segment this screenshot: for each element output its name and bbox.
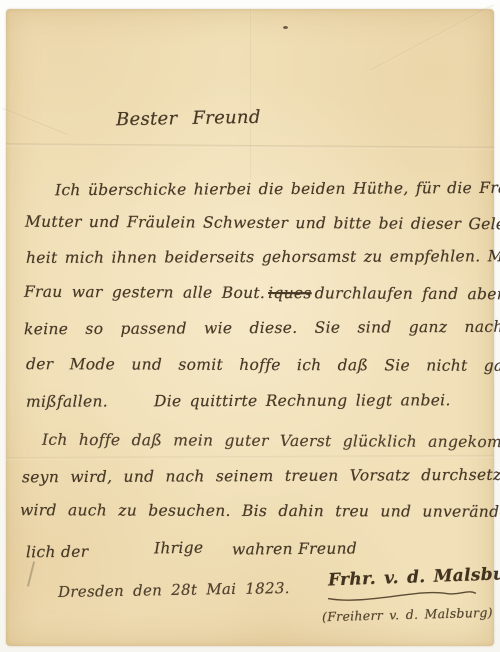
dateline: Dresden den 28t Mai 1823.: [58, 579, 290, 601]
salutation: Bester Freund: [116, 107, 261, 131]
body-line-7-right: Die quittirte Rechnung liegt anbei.: [154, 391, 451, 410]
paper-crease: [250, 9, 252, 179]
body-line-8: Ich hoffe daß mein guter Vaerst glücklic…: [42, 431, 500, 452]
closing-valediction: Ihrige: [154, 539, 204, 558]
ink-speck: [283, 26, 288, 29]
body-line-4-pre: Frau war gestern alle Bout.: [24, 283, 265, 302]
closing-right: wahren Freund: [232, 539, 357, 558]
body-line-10: wird auch zu besuchen. Bis dahin treu un…: [20, 501, 500, 521]
body-line-2: Mutter und Fräulein Schwester und bitte …: [25, 213, 500, 234]
pencil-mark: [27, 561, 35, 587]
body-line-4: Frau war gestern alle Bout.iquesdurchlau…: [24, 283, 500, 304]
paper-crease: [2, 108, 68, 136]
paper-crease: [370, 4, 495, 71]
body-line-1: Ich überschicke hierbei die beiden Hüthe…: [55, 179, 500, 199]
body-line-7-left: mißfallen.: [26, 392, 108, 410]
body-line-9: seyn wird, und nach seinem treuen Vorsat…: [22, 466, 500, 487]
letter-paper: Bester Freund Ich überschicke hierbei di…: [6, 9, 494, 646]
body-line-6: der Mode und somit hoffe ich daß Sie nic…: [26, 355, 500, 375]
body-line-5: keine so passend wie diese. Sie sind gan…: [24, 318, 500, 339]
body-line-3: heit mich ihnen beiderseits gehorsamst z…: [26, 247, 500, 267]
closing-left: lich der: [26, 543, 89, 562]
body-line-4-struck-word: iques: [268, 284, 312, 302]
body-line-7: mißfallen.Die quittirte Rechnung liegt a…: [26, 391, 451, 410]
paper-fold-crease: [6, 455, 494, 460]
paper-fold-crease: [6, 143, 494, 149]
body-line-4-post: durchlaufen fand aber: [315, 284, 500, 303]
signature-annotation: (Freiherr v. d. Malsburg): [322, 605, 493, 624]
scanned-letter: Bester Freund Ich überschicke hierbei di…: [0, 0, 500, 652]
